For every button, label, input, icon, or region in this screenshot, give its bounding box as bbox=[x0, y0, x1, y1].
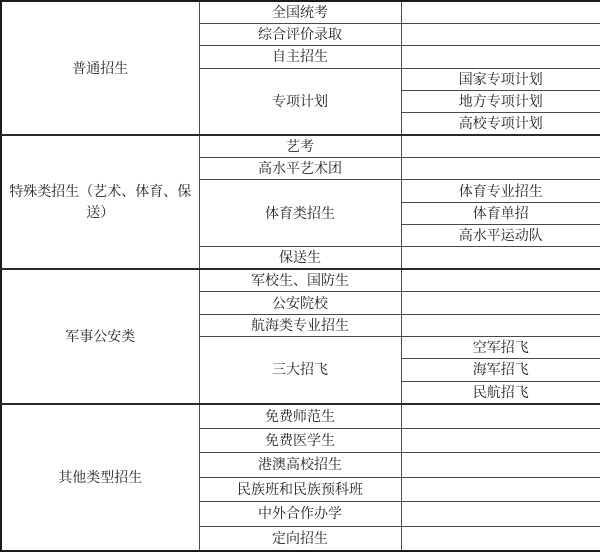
category-cell: 军事公安类 bbox=[1, 269, 199, 403]
type-cell: 体育类招生 bbox=[199, 180, 401, 247]
table-row: 特殊类招生（艺术、体育、保送） 艺考 bbox=[1, 135, 600, 158]
subtype-cell bbox=[401, 1, 600, 24]
subtype-cell bbox=[401, 46, 600, 68]
admission-types-table: 普通招生 全国统考 综合评价录取 自主招生 专项计划 国家专项计划 地方专项计划… bbox=[0, 0, 600, 552]
subtype-cell bbox=[401, 502, 600, 527]
subtype-cell bbox=[401, 477, 600, 502]
subtype-cell: 高校专项计划 bbox=[401, 113, 600, 136]
subtype-cell: 民航招飞 bbox=[401, 381, 600, 404]
table-row: 其他类型招生 免费师范生 bbox=[1, 404, 600, 429]
type-cell: 航海类专业招生 bbox=[199, 314, 401, 336]
type-cell: 军校生、国防生 bbox=[199, 269, 401, 292]
subtype-cell: 国家专项计划 bbox=[401, 68, 600, 90]
subtype-cell bbox=[401, 135, 600, 158]
subtype-cell: 海军招飞 bbox=[401, 359, 600, 381]
subtype-cell: 高水平运动队 bbox=[401, 225, 600, 247]
table-row: 普通招生 全国统考 bbox=[1, 1, 600, 24]
type-cell: 保送生 bbox=[199, 247, 401, 270]
type-cell: 免费医学生 bbox=[199, 428, 401, 453]
subtype-cell: 空军招飞 bbox=[401, 336, 600, 358]
type-cell: 全国统考 bbox=[199, 1, 401, 24]
type-cell: 自主招生 bbox=[199, 46, 401, 68]
type-cell: 定向招生 bbox=[199, 526, 401, 551]
subtype-cell bbox=[401, 404, 600, 429]
subtype-cell: 体育专业招生 bbox=[401, 180, 600, 202]
type-cell: 三大招飞 bbox=[199, 336, 401, 403]
subtype-cell: 地方专项计划 bbox=[401, 90, 600, 112]
subtype-cell bbox=[401, 526, 600, 551]
subtype-cell bbox=[401, 453, 600, 478]
subtype-cell bbox=[401, 247, 600, 270]
type-cell: 综合评价录取 bbox=[199, 24, 401, 46]
subtype-cell bbox=[401, 24, 600, 46]
subtype-cell bbox=[401, 158, 600, 180]
subtype-cell bbox=[401, 428, 600, 453]
category-cell: 特殊类招生（艺术、体育、保送） bbox=[1, 135, 199, 269]
type-cell: 艺考 bbox=[199, 135, 401, 158]
subtype-cell bbox=[401, 292, 600, 314]
category-cell: 其他类型招生 bbox=[1, 404, 199, 551]
subtype-cell bbox=[401, 314, 600, 336]
type-cell: 专项计划 bbox=[199, 68, 401, 135]
type-cell: 港澳高校招生 bbox=[199, 453, 401, 478]
type-cell: 免费师范生 bbox=[199, 404, 401, 429]
table-row: 军事公安类 军校生、国防生 bbox=[1, 269, 600, 292]
type-cell: 中外合作办学 bbox=[199, 502, 401, 527]
page: 普通招生 全国统考 综合评价录取 自主招生 专项计划 国家专项计划 地方专项计划… bbox=[0, 0, 600, 549]
type-cell: 公安院校 bbox=[199, 292, 401, 314]
category-cell: 普通招生 bbox=[1, 1, 199, 135]
type-cell: 高水平艺术团 bbox=[199, 158, 401, 180]
type-cell: 民族班和民族预科班 bbox=[199, 477, 401, 502]
subtype-cell bbox=[401, 269, 600, 292]
subtype-cell: 体育单招 bbox=[401, 202, 600, 224]
